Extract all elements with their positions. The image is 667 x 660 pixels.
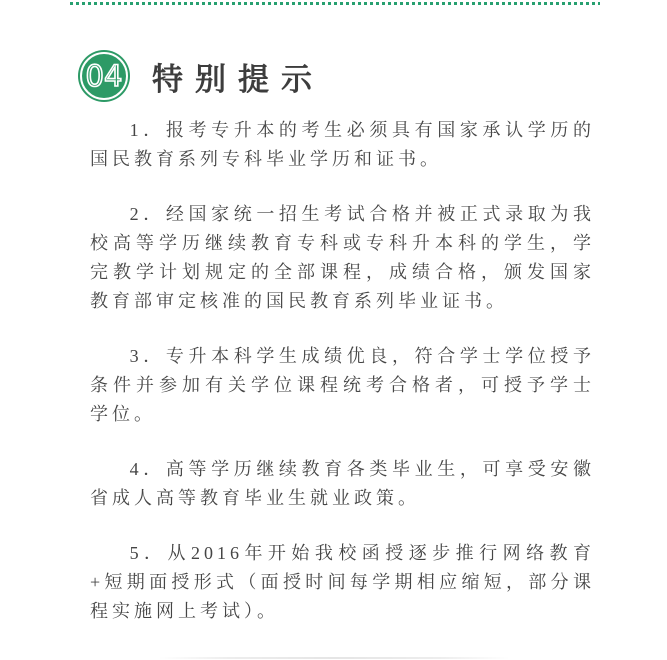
dashed-divider xyxy=(70,2,600,5)
notice-page: 04 特别提示 1．报考专升本的考生必须具有国家承认学历的国民教育系列专科毕业学… xyxy=(0,0,667,660)
notice-paragraph-3: 3．专升本科学生成绩优良，符合学士学位授予条件并参加有关学位课程统考合格者，可授… xyxy=(90,342,595,429)
section-title: 特别提示 xyxy=(152,54,324,99)
section-header: 04 特别提示 xyxy=(78,50,324,102)
notice-paragraph-2: 2．经国家统一招生考试合格并被正式录取为我校高等学历继续教育专科或专科升本科的学… xyxy=(90,200,595,316)
notice-paragraph-4: 4．高等学历继续教育各类毕业生，可享受安徽省成人高等教育毕业生就业政策。 xyxy=(90,455,595,513)
notice-paragraph-1: 1．报考专升本的考生必须具有国家承认学历的国民教育系列专科毕业学历和证书。 xyxy=(90,116,595,174)
notice-body: 1．报考专升本的考生必须具有国家承认学历的国民教育系列专科毕业学历和证书。 2．… xyxy=(90,116,595,652)
section-number: 04 xyxy=(86,62,123,91)
next-section-shadow xyxy=(158,657,510,659)
notice-paragraph-5: 5．从2016年开始我校函授逐步推行网络教育+短期面授形式（面授时间每学期相应缩… xyxy=(90,539,595,626)
section-number-badge: 04 xyxy=(78,50,130,102)
